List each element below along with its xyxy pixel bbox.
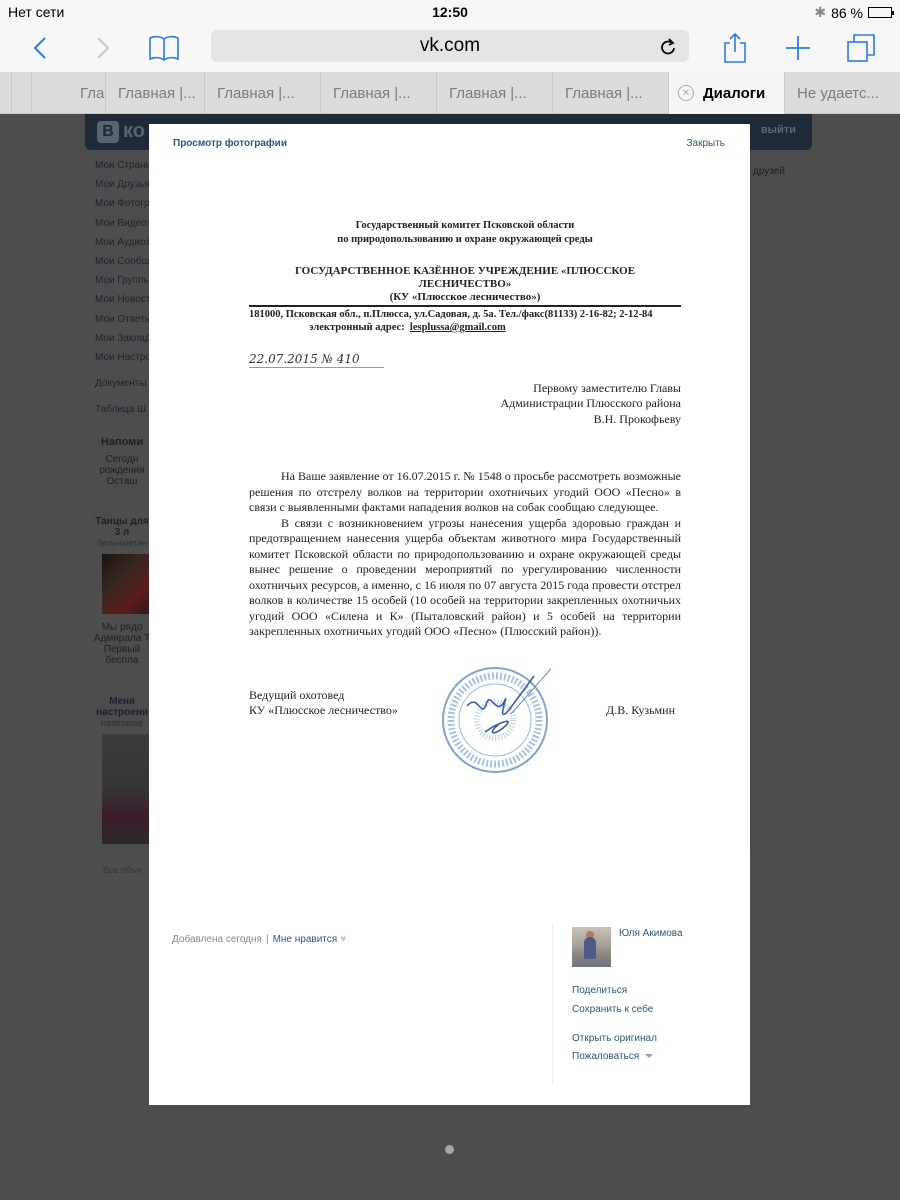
menu-item[interactable]: Мои Новости xyxy=(95,290,155,309)
menu-item[interactable]: Мои Друзья xyxy=(95,175,155,194)
doc-body: На Ваше заявление от 16.07.2015 г. № 154… xyxy=(249,469,681,640)
tabs-button[interactable] xyxy=(843,30,879,66)
share-link[interactable]: Поделиться xyxy=(572,985,627,996)
tab-glavnaya-partial[interactable]: Гла xyxy=(32,72,106,114)
menu-item[interactable]: Мои Ответы xyxy=(95,310,155,329)
tab-glavnaya-5[interactable]: Главная |... xyxy=(553,72,669,114)
url-text: vk.com xyxy=(420,35,480,57)
tab-stacked-2[interactable] xyxy=(12,72,32,114)
save-to-self-link[interactable]: Сохранить к себе xyxy=(572,1004,653,1015)
menu-item[interactable]: Мои Видеозаписи xyxy=(95,214,155,233)
battery-icon xyxy=(868,7,892,18)
bookmarks-icon xyxy=(148,34,180,62)
doc-signature-block: Ведущий охотовед КУ «Плюсское лесничеств… xyxy=(249,688,681,798)
doc-recipient: Первому заместителю Главы Администрации … xyxy=(249,381,681,428)
new-tab-icon xyxy=(785,35,811,61)
menu-item[interactable]: Мои Аудиозаписи xyxy=(95,233,155,252)
tab-error[interactable]: Не удаетс... xyxy=(785,72,900,114)
menu-item[interactable]: Мои Группы xyxy=(95,271,155,290)
menu-item[interactable]: Мои Фотографии xyxy=(95,194,155,213)
reload-button[interactable] xyxy=(657,35,679,57)
forward-icon xyxy=(96,36,110,60)
ad-block-2[interactable]: Меня настроени nastroenie xyxy=(92,696,152,844)
menu-item[interactable]: Мои Настройки xyxy=(95,348,155,367)
ad-block-1[interactable]: Танцы для 3 л бальныетан Мы рядо Адмирал… xyxy=(92,516,152,666)
author-name-link[interactable]: Юля Акимова xyxy=(619,928,683,939)
menu-item[interactable]: Мои Закладки xyxy=(95,329,155,348)
forward-button[interactable] xyxy=(85,30,121,66)
new-tab-button[interactable] xyxy=(780,30,816,66)
like-button[interactable]: Мне нравится xyxy=(273,934,338,945)
ad-image xyxy=(102,734,152,844)
friends-label[interactable]: друзей xyxy=(753,166,785,177)
status-bar: Нет сети 12:50 ✱ 86 % xyxy=(0,0,900,24)
vk-logo-text: ко xyxy=(123,120,145,143)
photo-viewer: Просмотр фотографии Закрыть Государствен… xyxy=(149,124,750,1105)
modal-title: Просмотр фотографии xyxy=(173,138,287,149)
doc-email: электронный адрес: lesplussa@gmail.com xyxy=(249,321,681,334)
close-tab-icon[interactable]: ✕ xyxy=(678,85,694,101)
tab-strip: Гла Главная |... Главная |... Главная |.… xyxy=(0,72,900,114)
tab-dialogi[interactable]: ✕ Диалоги xyxy=(669,72,785,114)
url-bar[interactable]: vk.com xyxy=(211,30,689,62)
page-indicator-dot[interactable] xyxy=(445,1145,454,1154)
left-menu: Моя Страница Мои Друзья Мои Фотографии М… xyxy=(95,156,155,419)
reload-icon xyxy=(660,37,676,55)
vk-logo-icon: B xyxy=(97,121,119,143)
status-right: ✱ 86 % xyxy=(814,4,892,21)
report-link[interactable]: Пожаловаться xyxy=(572,1051,653,1062)
document-photo[interactable]: Государственный комитет Псковской област… xyxy=(249,219,681,798)
share-icon xyxy=(722,32,748,64)
menu-item-table[interactable]: Таблица Ш xyxy=(95,400,155,419)
doc-address: 181000, Псковская обл., п.Плюсса, ул.Сад… xyxy=(249,308,681,321)
menu-item[interactable]: Мои Сообщения xyxy=(95,252,155,271)
tabs-icon xyxy=(846,33,876,63)
close-button[interactable]: Закрыть xyxy=(686,138,725,149)
menu-item[interactable]: Моя Страница xyxy=(95,156,155,175)
added-date: Добавлена сегодня xyxy=(172,934,262,945)
browser-toolbar: vk.com xyxy=(0,24,900,72)
tab-glavnaya-2[interactable]: Главная |... xyxy=(205,72,321,114)
share-button[interactable] xyxy=(717,30,753,66)
doc-signer-position: Ведущий охотовед КУ «Плюсское лесничеств… xyxy=(249,688,398,719)
photo-meta: Добавлена сегодня|Мне нравится♥ xyxy=(172,934,346,945)
bluetooth-icon: ✱ xyxy=(814,4,826,21)
clock: 12:50 xyxy=(0,4,900,20)
tab-glavnaya-3[interactable]: Главная |... xyxy=(321,72,437,114)
reminder-block: Напоми Сегодн рождения Осташ xyxy=(92,436,152,487)
doc-rule xyxy=(249,305,681,307)
open-original-link[interactable]: Открыть оригинал xyxy=(572,1033,657,1044)
stamp-icon xyxy=(439,662,551,774)
dropdown-arrow-icon xyxy=(645,1054,653,1058)
all-ads-link[interactable]: Все объя xyxy=(92,865,152,875)
logout-link[interactable]: выйти xyxy=(761,124,796,136)
separator: | xyxy=(266,934,269,945)
bookmarks-button[interactable] xyxy=(146,30,182,66)
right-column: друзей xyxy=(750,150,798,850)
battery-percent: 86 % xyxy=(831,5,863,21)
menu-item-documents[interactable]: Документы xyxy=(95,374,155,393)
doc-date-number: 22.07.2015 № 410 xyxy=(249,352,384,368)
doc-header-institution: ГОСУДАРСТВЕННОЕ КАЗЁННОЕ УЧРЕЖДЕНИЕ «ПЛЮ… xyxy=(249,265,681,304)
author-avatar[interactable] xyxy=(572,927,611,967)
doc-signer-name: Д.В. Кузьмин xyxy=(606,703,675,719)
ad-image xyxy=(102,554,152,614)
heart-icon[interactable]: ♥ xyxy=(340,934,346,945)
doc-header-committee: Государственный комитет Псковской област… xyxy=(249,219,681,246)
photo-sidebar: Юля Акимова Поделиться Сохранить к себе … xyxy=(552,924,732,1084)
back-icon xyxy=(33,36,47,60)
back-button[interactable] xyxy=(22,30,58,66)
tab-glavnaya-1[interactable]: Главная |... xyxy=(106,72,205,114)
tab-stacked-1[interactable] xyxy=(0,72,12,114)
tab-glavnaya-4[interactable]: Главная |... xyxy=(437,72,553,114)
